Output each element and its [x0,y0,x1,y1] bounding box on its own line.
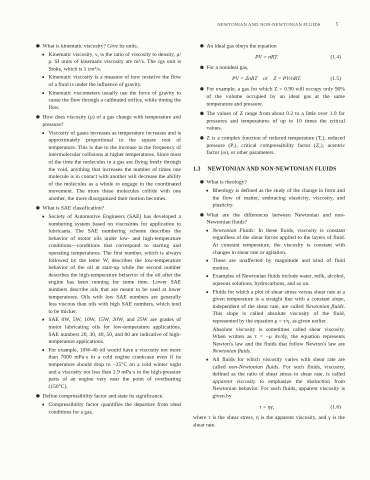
equation-body: PV = nRT. [203,53,330,60]
item-text: The values of Z range from about 0.2 to … [207,110,346,132]
section-number: 1.3 [193,165,200,172]
bullet-item: ●What is kinematic viscosity? Give its u… [29,43,181,50]
equation-number: (1.5) [330,75,341,82]
item-text: Viscosity of gases increases as temperat… [49,129,182,202]
left-column: ●What is kinematic viscosity? Give its u… [29,40,181,429]
sub-bullet-item: ▪SAE 0W, 5W, 10W, 15W, 20W, and 25W are … [29,316,181,345]
paragraph-text: Absolute viscosity is sometimes called s… [213,326,346,355]
item-text: What is kinematic viscosity? Give its un… [43,43,182,50]
sub-bullet-item: ▪Fluids for which a plot of shear stress… [193,288,345,324]
bullet-item: ●What is SAE classification? [29,205,181,212]
item-text: Kinematic viscometers usually use the fo… [49,89,182,111]
bullet-item: ●An ideal gas obeys the equation [193,43,345,50]
item-text: Define compressibility factor and state … [43,393,182,400]
bullet-item: ●Define compressibility factor and state… [29,393,181,400]
item-text: Kinematic viscosity, ν, is the ratio of … [49,51,182,73]
item-text: Newtonian Fluids: In these fluids, visco… [213,227,346,256]
item-text: What are the differences between Newtoni… [207,211,346,226]
item-text: Z is a complex function of reduced tempe… [207,134,346,156]
two-column-layout: ●What is kinematic viscosity? Give its u… [0,0,370,429]
sub-bullet-item: ▪These are unaffected by magnitude and k… [193,257,345,272]
right-column: ●An ideal gas obeys the equationPV = nRT… [193,40,345,429]
sub-bullet-item: ▪Viscosity of gases increases as tempera… [29,129,181,202]
item-text: Fluids for which a plot of shear stress … [213,288,346,324]
equation-body: τ = ηγ, [203,403,330,410]
item-text: An ideal gas obeys the equation [207,43,346,50]
item-text: For example, a gas for which Z = 0.90 wi… [207,86,346,108]
item-text: These are unaffected by magnitude and ki… [213,257,346,272]
item-text: Society of Automotive Engineers (SAE) ha… [49,213,182,315]
equation: τ = ηγ,(1.6) [193,403,345,410]
paragraph: where τ is the shear stress, η is the ap… [193,414,345,429]
section-heading: 1.3NEWTONIAN AND NON-NEWTONIAN FLUIDS [193,165,345,172]
bullet-item: ●How does viscosity (μ) of a gas change … [29,114,181,129]
item-text: Compressibility factor quantifies the de… [49,401,182,416]
sub-bullet-item: ▪Kinematic viscometers usually use the f… [29,89,181,111]
item-text: What is rheology? [207,179,346,186]
sub-bullet-item: ▪Compressibility factor quantifies the d… [29,401,181,416]
sub-bullet-item: ▪Newtonian Fluids: In these fluids, visc… [193,227,345,256]
equation-number: (1.4) [330,53,341,60]
bullet-item: ●The values of Z range from about 0.2 to… [193,110,345,132]
paragraph: Absolute viscosity is sometimes called s… [193,326,345,355]
sub-bullet-item: ▪Society of Automotive Engineers (SAE) h… [29,213,181,315]
sub-bullet-item: ▪All fluids for which viscosity varies w… [193,356,345,400]
item-text: Rheology is defined as the study of the … [213,187,346,209]
bullet-item: ●Z is a complex function of reduced temp… [193,134,345,156]
item-text: What is SAE classification? [43,205,182,212]
sub-bullet-item: ▪Rheology is defined as the study of the… [193,187,345,209]
item-text: SAE 0W, 5W, 10W, 15W, 20W, and 25W are g… [49,316,182,345]
sub-bullet-item: ▪Kinematic viscosity is a measure of how… [29,74,181,89]
equation-number: (1.6) [330,403,341,410]
item-text: Kinematic viscosity is a measure of how … [49,74,182,89]
bullet-item: ●For a nonideal gas, [193,64,345,71]
item-text: All fluids for which viscosity varies wi… [213,356,346,400]
item-text: For a nonideal gas, [207,64,346,71]
section-title: NEWTONIAN AND NON-NEWTONIAN FLUIDS [207,165,336,172]
bullet-item: ●What are the differences between Newton… [193,211,345,226]
sub-bullet-item: ▪Examples of Newtonian fluids include wa… [193,273,345,288]
item-text: Examples of Newtonian fluids include wat… [213,273,346,288]
book-page: NEWTONIAN AND NON-NEWTONIAN FLUIDS 5 ●Wh… [0,0,370,480]
equation-body: PV = ZnRT or Z = PV/nRT. [203,75,330,82]
bullet-item: ●What is rheology? [193,179,345,186]
equation: PV = nRT.(1.4) [193,53,345,60]
item-text: For example, 10W-40 oil would have a vis… [49,346,182,390]
item-text: How does viscosity (μ) of a gas change w… [43,114,182,129]
bullet-item: ●For example, a gas for which Z = 0.90 w… [193,86,345,108]
running-head: NEWTONIAN AND NON-NEWTONIAN FLUIDS 5 [193,22,345,27]
paragraph-text: where τ is the shear stress, η is the ap… [193,414,345,429]
sub-bullet-item: ▪Kinematic viscosity, ν, is the ratio of… [29,51,181,73]
equation: PV = ZnRT or Z = PV/nRT.(1.5) [193,75,345,82]
sub-bullet-item: ▪For example, 10W-40 oil would have a vi… [29,346,181,390]
running-head-title: NEWTONIAN AND NON-NEWTONIAN FLUIDS [193,22,345,27]
page-number: 5 [336,22,338,27]
